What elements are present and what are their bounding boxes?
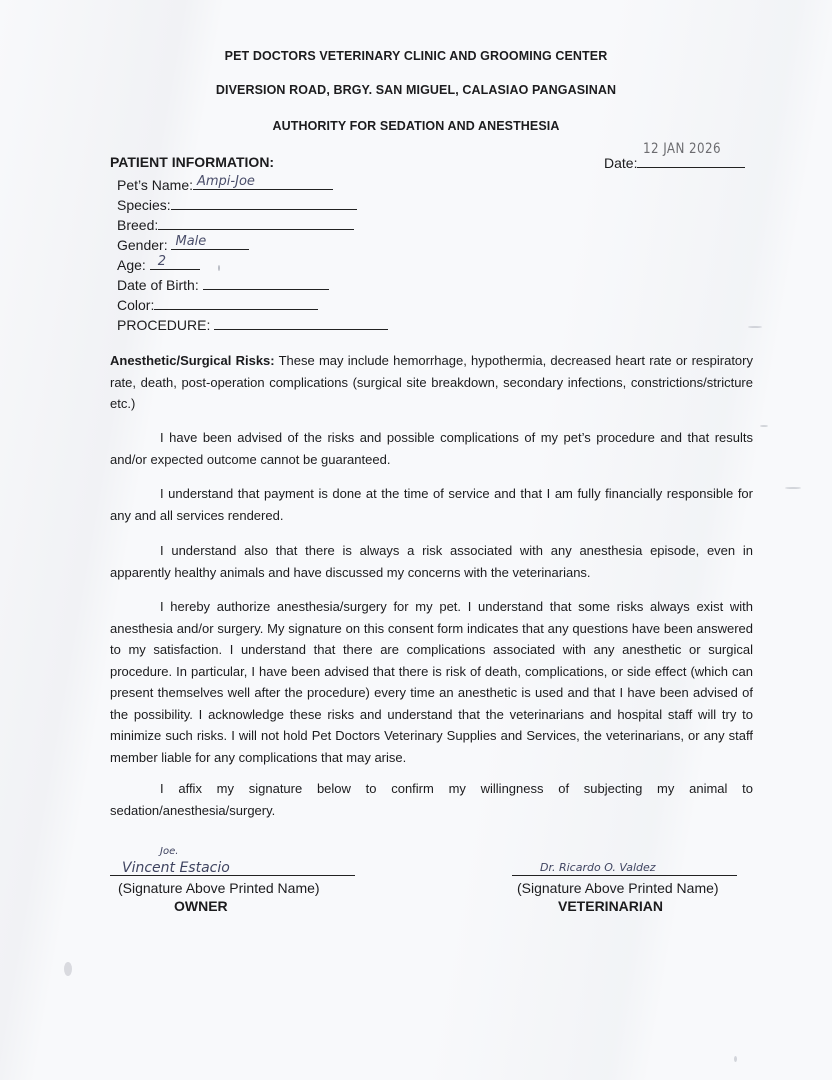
paper-speck [734,1056,737,1062]
procedure-label: PROCEDURE: [117,317,210,333]
owner-signature-line[interactable]: Joe. Vincent Estacio [110,847,355,876]
paper-speck [748,326,762,328]
date-field: Date:12 JAN 2026 [604,153,745,171]
owner-signature-block: Joe. Vincent Estacio (Signature Above Pr… [110,847,360,914]
paper-speck [785,487,801,489]
breed-label: Breed: [117,217,158,233]
veterinarian-signature-caption: (Signature Above Printed Name) [512,880,737,896]
gender-field: Gender: Male [117,236,249,253]
paper-speck [218,265,220,271]
species-label: Species: [117,197,171,213]
authorize-paragraph: I hereby authorize anesthesia/surgery fo… [110,596,753,768]
age-label: Age: [117,257,146,273]
veterinarian-signature: Dr. Ricardo O. Valdez [540,861,656,874]
date-of-birth-label: Date of Birth: [117,277,199,293]
owner-signature-caption: (Signature Above Printed Name) [110,880,360,896]
date-label: Date: [604,155,637,171]
age-field: Age: 2 [117,256,200,273]
paper-speck [760,425,768,427]
color-label: Color: [117,297,154,313]
date-stamp-value: 12 JAN 2026 [643,141,721,157]
color-blank[interactable] [154,296,318,310]
color-field: Color: [117,296,318,313]
clinic-name: PET DOCTORS VETERINARY CLINIC AND GROOMI… [0,49,832,63]
date-of-birth-blank[interactable] [203,276,329,290]
breed-field: Breed: [117,216,354,233]
age-blank[interactable]: 2 [150,256,200,270]
advised-paragraph: I have been advised of the risks and pos… [110,427,753,470]
age-value: 2 [158,254,166,269]
pet-name-value: Ampi-Joe [197,174,255,189]
risks-heading: Anesthetic/Surgical Risks: [110,353,275,368]
pet-name-blank[interactable]: Ampi-Joe [193,176,333,190]
date-of-birth-field: Date of Birth: [117,276,329,293]
risks-paragraph: Anesthetic/Surgical Risks: These may inc… [110,350,753,415]
affix-paragraph: I affix my signature below to confirm my… [110,778,753,821]
breed-blank[interactable] [158,216,354,230]
clinic-address: DIVERSION ROAD, BRGY. SAN MIGUEL, CALASI… [0,83,832,97]
pet-name-field: Pet’s Name:Ampi-Joe [117,176,333,193]
species-blank[interactable] [171,196,357,210]
pet-name-label: Pet’s Name: [117,177,193,193]
gender-blank[interactable]: Male [171,236,249,250]
patient-info-heading: PATIENT INFORMATION: [110,154,274,170]
procedure-blank[interactable] [214,316,388,330]
risk-paragraph: I understand also that there is always a… [110,540,753,583]
owner-signature-extra: Joe. [160,846,178,857]
owner-role-label: OWNER [110,898,360,914]
form-title: AUTHORITY FOR SEDATION AND ANESTHESIA [0,119,832,133]
paper-smudge [64,962,72,976]
veterinarian-signature-line[interactable]: Dr. Ricardo O. Valdez [512,847,737,876]
owner-signature: Vincent Estacio [122,860,230,876]
payment-paragraph: I understand that payment is done at the… [110,483,753,526]
gender-label: Gender: [117,237,168,253]
veterinarian-role-label: VETERINARIAN [512,898,737,914]
date-blank[interactable]: 12 JAN 2026 [637,153,745,168]
gender-value: Male [175,234,206,249]
procedure-field: PROCEDURE: [117,316,388,333]
veterinarian-signature-block: Dr. Ricardo O. Valdez (Signature Above P… [512,847,737,914]
species-field: Species: [117,196,357,213]
